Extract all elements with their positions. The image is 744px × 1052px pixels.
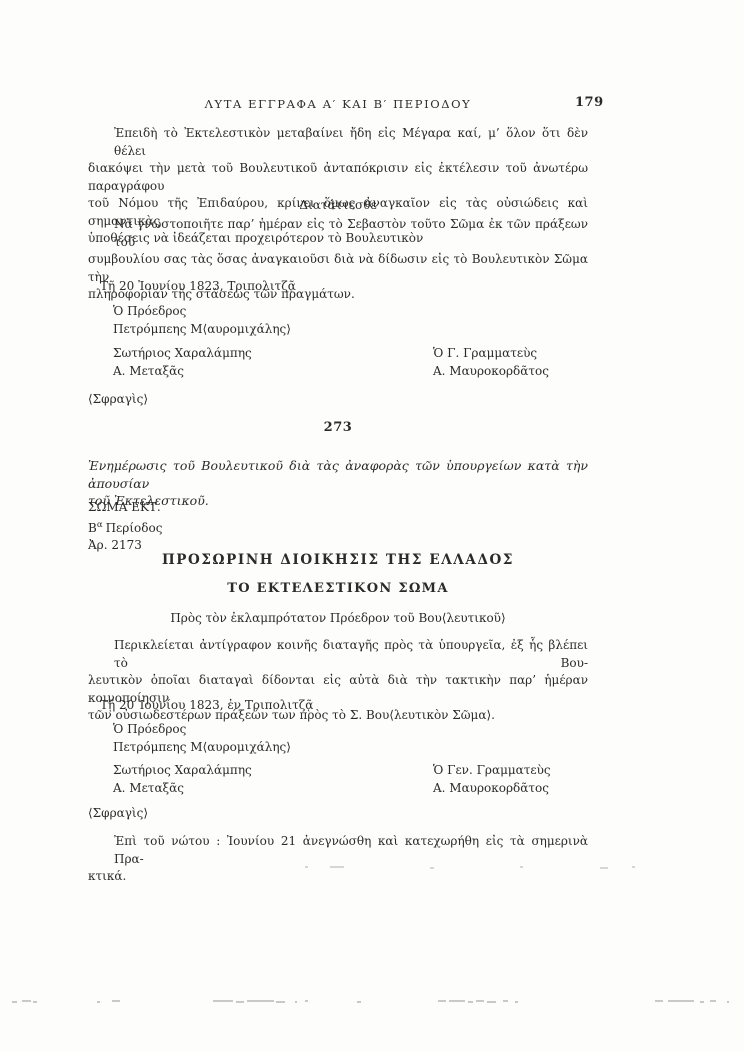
scan-artifact (247, 1000, 274, 1002)
paragraph-line: διακόψει τὴν μετὰ τοῦ Βουλευτικοῦ ἀνταπό… (88, 160, 588, 195)
scan-artifact (357, 1001, 361, 1003)
scan-artifact (632, 866, 635, 868)
president-title: Ὁ Πρόεδρος (113, 721, 613, 739)
running-header: ΛΥΤΑ ΕΓΓΡΑΦΑ Α′ ΚΑΙ Β′ ΠΕΡΙΟΔΟΥ 179 (88, 97, 588, 111)
reference-block: ΣΩΜΑ ΕΚΤ. ΒαΠερίοδος Ἀρ. 2173 (88, 499, 588, 555)
scan-artifact (710, 1000, 716, 1002)
scan-artifact (213, 1000, 233, 1002)
heading-executive-body: ΤΟ ΕΚΤΕΛΕΣΤΙΚΟΝ ΣΩΜΑ (88, 581, 588, 596)
scan-artifact (476, 1000, 484, 1002)
dateline-273: Τῇ 20 Ἰουνίου 1823, ἐν Τριπολιτζᾷ (88, 697, 600, 715)
paragraph-line: Περικλείεται ἀντίγραφον κοινῆς διαταγῆς … (88, 637, 588, 672)
directive-line: Διατάττεσθε (88, 197, 588, 215)
scan-artifact (305, 1000, 308, 1002)
dateline-272: Τῇ 20 Ἰουνίου 1823, Τριπολιτζᾷ (88, 278, 600, 296)
signer-name: Α. Μεταξᾶς (113, 779, 433, 797)
ref-period-sup: α (97, 520, 103, 530)
scan-artifact (468, 1001, 473, 1003)
verso-line: κτικά. (88, 868, 588, 886)
signer-name: Α. Μεταξᾶς (113, 362, 433, 380)
scan-artifact (515, 1001, 518, 1003)
scan-artifact (330, 866, 344, 868)
signers-right: Ὁ Γεν. Γραμματεὺς Α. Μαυροκορδᾶτος (433, 761, 613, 797)
signers-right: Ὁ Γ. Γραμματεὺς Α. Μαυροκορδᾶτος (433, 344, 613, 380)
signer-name: Σωτήριος Χαραλάμπης (113, 761, 433, 779)
paragraph-line: Ἐπειδὴ τὸ Ἐκτελεστικὸν μεταβαίνει ἤδη εἰ… (88, 125, 588, 160)
scan-artifact (295, 1001, 297, 1003)
scan-artifact (487, 1001, 496, 1003)
summary-line: Ἐνημέρωσις τοῦ Βουλευτικοῦ διὰ τὰς ἀναφο… (88, 457, 588, 492)
signers-left: Σωτήριος Χαραλάμπης Α. Μεταξᾶς (113, 344, 433, 380)
verso-note: Ἐπὶ τοῦ νώτου : Ἰουνίου 21 ἀνεγνώσθη καὶ… (88, 833, 588, 886)
scan-artifact (236, 1001, 244, 1003)
signers-left: Σωτήριος Χαραλάμπης Α. Μεταξᾶς (113, 761, 433, 797)
scan-artifact (727, 1001, 729, 1003)
secretary-title: Ὁ Γεν. Γραμματεὺς (433, 761, 613, 779)
document-number: 273 (88, 420, 588, 435)
scan-artifact (600, 867, 608, 869)
scan-artifact (668, 1000, 694, 1002)
president-block-273: Ὁ Πρόεδρος Πετρόμπεης Μ⟨αυρομιχάλης⟩ (88, 721, 613, 756)
seal-note-273: ⟨Σφραγὶς⟩ (88, 806, 588, 820)
paragraph-line: Νὰ γνωστοποιῆτε παρ’ ἡμέραν εἰς τὸ Σεβασ… (88, 216, 588, 251)
scan-artifact (520, 866, 523, 868)
scanned-document-page: ΛΥΤΑ ΕΓΓΡΑΦΑ Α′ ΚΑΙ Β′ ΠΕΡΙΟΔΟΥ 179 Ἐπει… (0, 0, 744, 1052)
ref-period: ΒαΠερίοδος (88, 517, 588, 538)
president-name: Πετρόμπεης Μ⟨αυρομιχάλης⟩ (113, 739, 613, 757)
scan-artifact (276, 1001, 285, 1003)
scan-artifact (438, 1000, 446, 1002)
heading-administration: ΠΡΟΣΩΡΙΝΗ ΔΙΟΙΚΗΣΙΣ ΤΗΣ ΕΛΛΑΔΟΣ (88, 552, 588, 568)
president-name: Πετρόμπεης Μ⟨αυρομιχάλης⟩ (113, 321, 613, 339)
secretary-name: Α. Μαυροκορδᾶτος (433, 779, 613, 797)
secretary-name: Α. Μαυροκορδᾶτος (433, 362, 613, 380)
signature-row-272: Σωτήριος Χαραλάμπης Α. Μεταξᾶς Ὁ Γ. Γραμ… (88, 344, 613, 380)
scan-artifact (700, 1001, 704, 1003)
ref-period-rest: Περίοδος (106, 521, 163, 535)
secretary-title: Ὁ Γ. Γραμματεὺς (433, 344, 613, 362)
scan-artifact (305, 866, 308, 868)
scan-artifact (112, 1000, 120, 1002)
scan-artifact (22, 1000, 31, 1002)
running-header-title: ΛΥΤΑ ΕΓΓΡΑΦΑ Α′ ΚΑΙ Β′ ΠΕΡΙΟΔΟΥ (88, 97, 588, 111)
ref-period-base: Β (88, 521, 97, 535)
scan-artifact (12, 1001, 17, 1003)
page-number: 179 (575, 95, 604, 110)
signer-name: Σωτήριος Χαραλάμπης (113, 344, 433, 362)
scan-artifact (430, 867, 434, 869)
president-block-272: Ὁ Πρόεδρος Πετρόμπεης Μ⟨αυρομιχάλης⟩ (88, 303, 613, 338)
verso-line: Ἐπὶ τοῦ νώτου : Ἰουνίου 21 ἀνεγνώσθη καὶ… (88, 833, 588, 868)
ref-department: ΣΩΜΑ ΕΚΤ. (88, 499, 588, 517)
scan-artifact (503, 1000, 508, 1002)
scan-artifact (33, 1001, 37, 1003)
salutation-line: Πρὸς τὸν ἐκλαμπρότατον Πρόεδρον τοῦ Βου⟨… (88, 611, 588, 625)
seal-note-272: ⟨Σφραγὶς⟩ (88, 392, 588, 406)
scan-artifact (449, 1000, 465, 1002)
scan-artifact (655, 1000, 663, 1002)
signature-row-273: Σωτήριος Χαραλάμπης Α. Μεταξᾶς Ὁ Γεν. Γρ… (88, 761, 613, 797)
scan-artifact (97, 1001, 100, 1003)
president-title: Ὁ Πρόεδρος (113, 303, 613, 321)
